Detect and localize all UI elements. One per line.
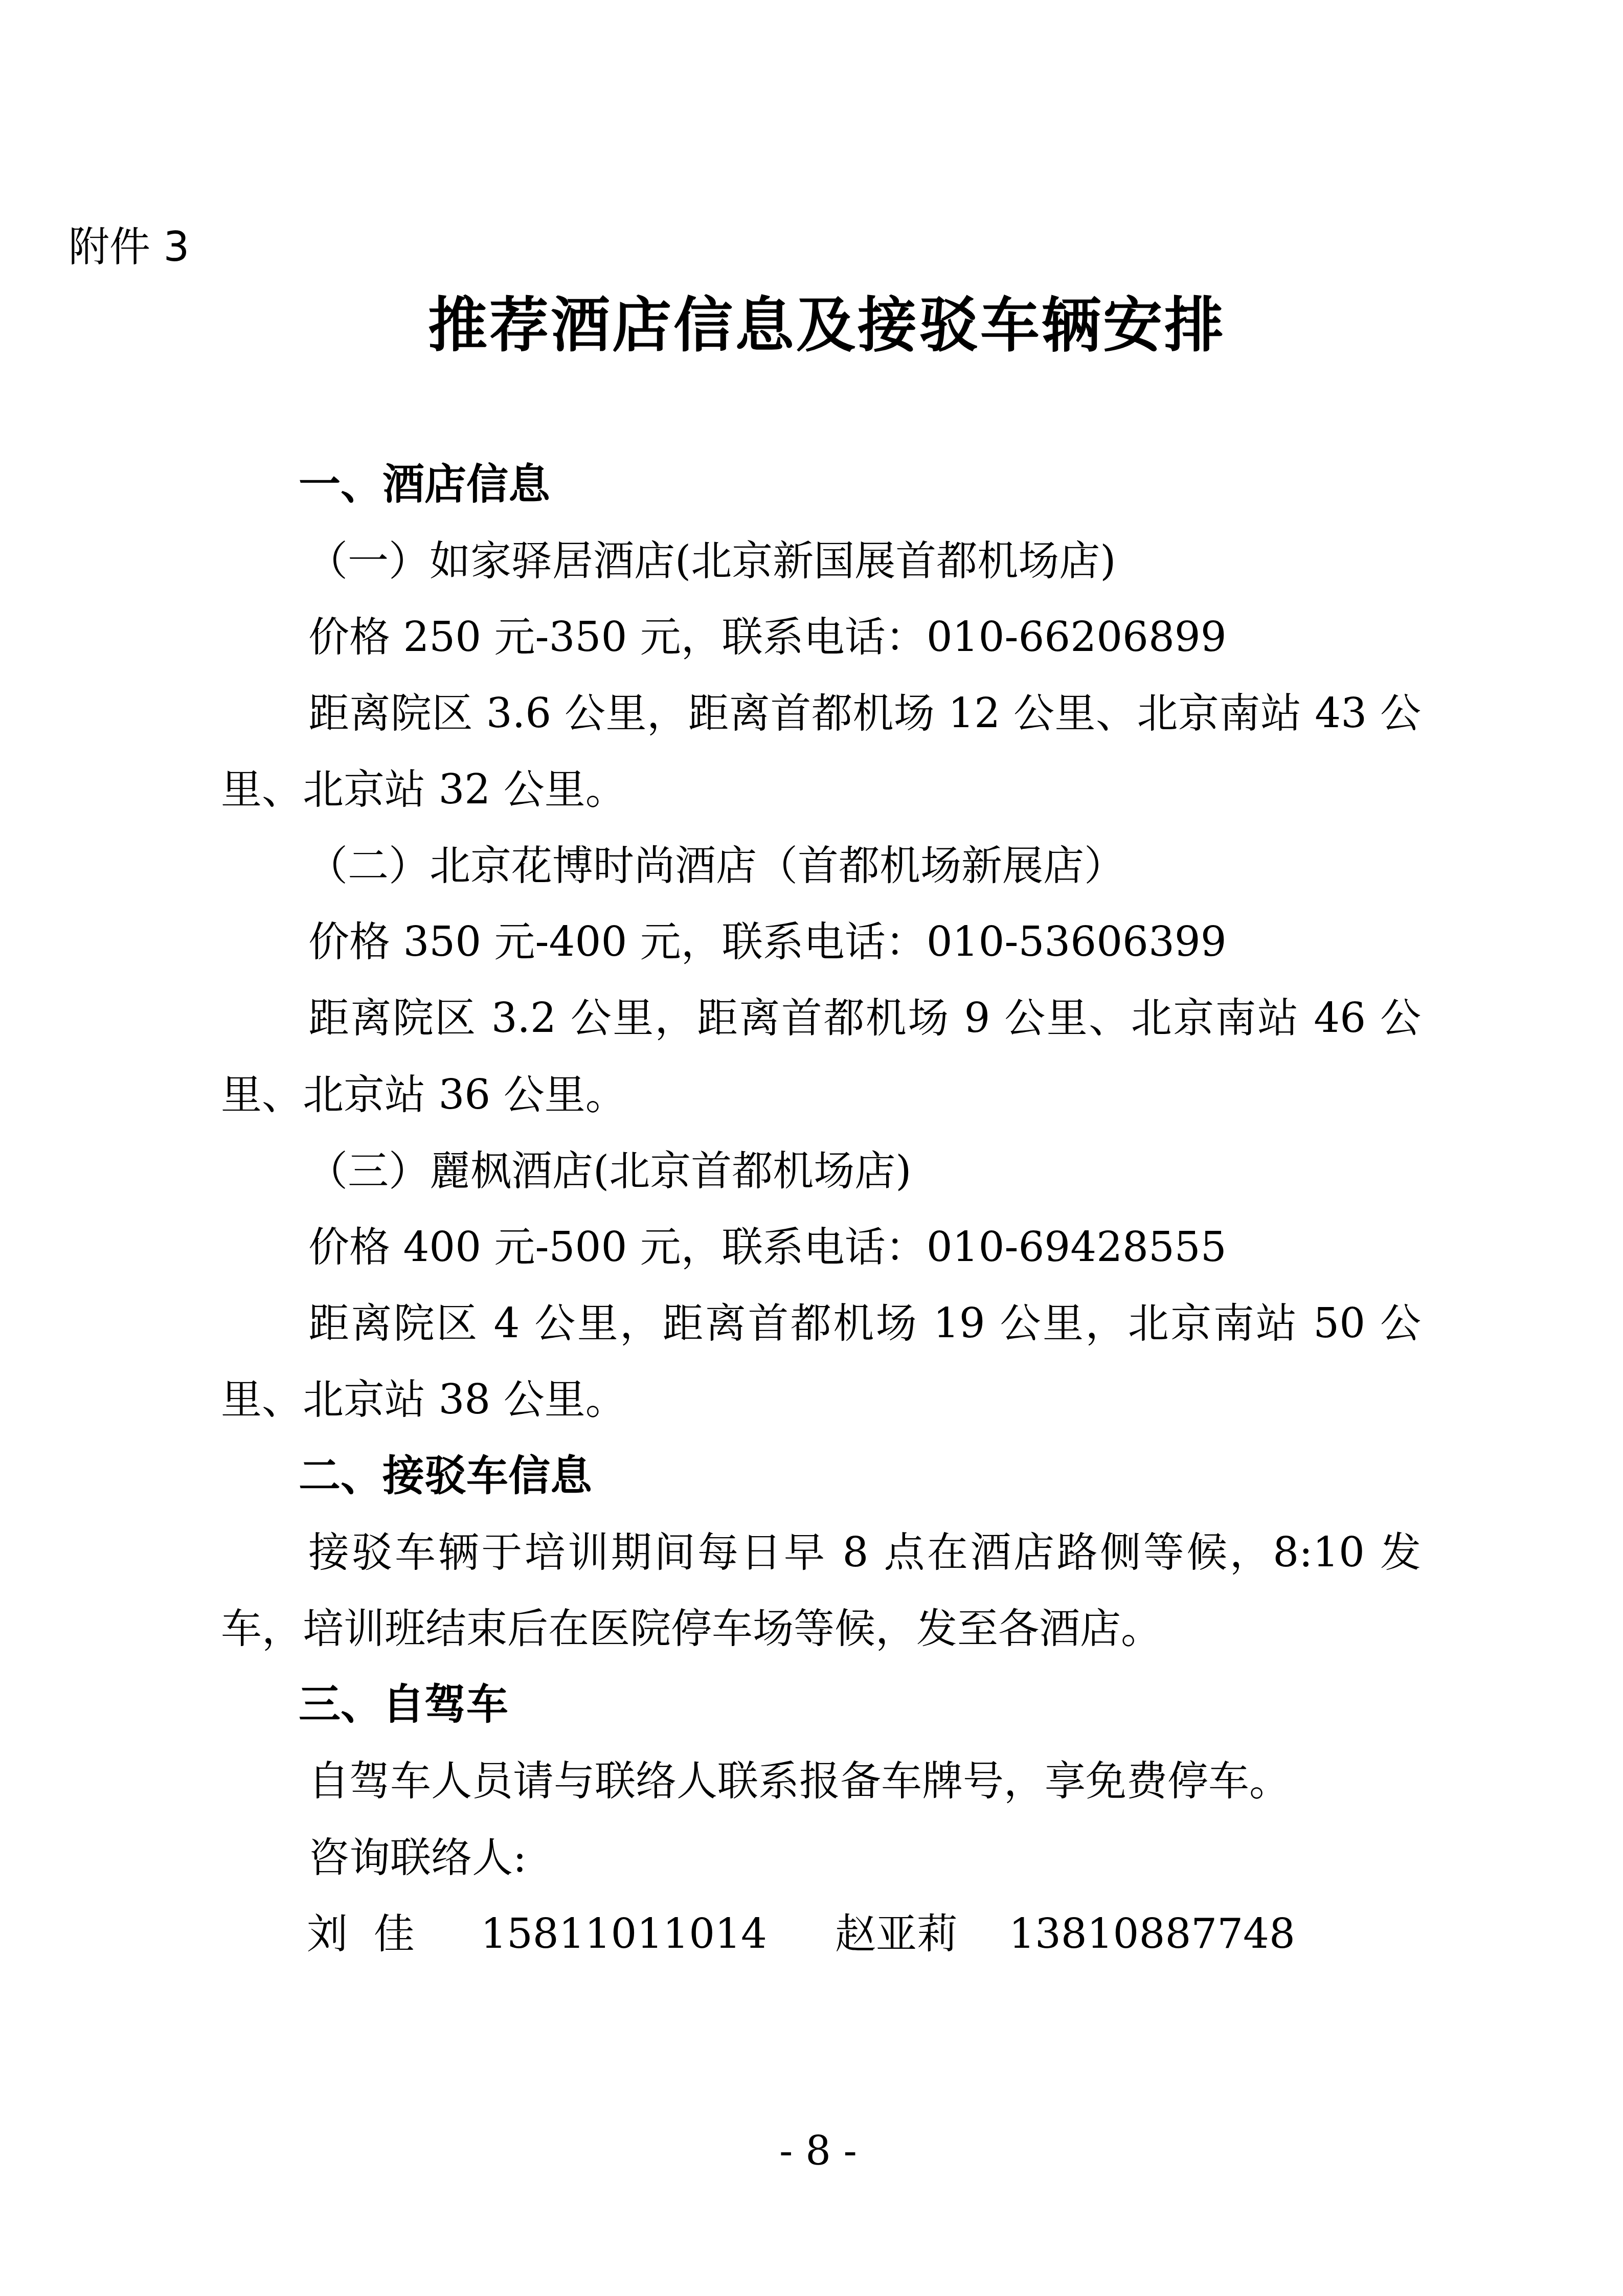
hotel-price-contact-3: 价格 400 元-500 元，联系电话：010-69428555 <box>308 1225 1227 1269</box>
section-heading-shuttle: 二、接驳车信息 <box>299 1454 592 1498</box>
page-number: - 8 - <box>767 2130 869 2173</box>
shuttle-text-line2: 车，培训班结束后在医院停车场等候，发至各酒店。 <box>221 1607 1162 1650</box>
attachment-label: 附件 3 <box>69 225 189 268</box>
hotel-distance-line1-1: 距离院区 3.6 公里，距离首都机场 12 公里、北京南站 43 公 <box>308 691 1421 735</box>
contact-phone-2: 13810887748 <box>1009 1912 1295 1955</box>
self-drive-text: 自驾车人员请与联络人联系报备车牌号，享免费停车。 <box>308 1759 1290 1803</box>
hotel-name-3: （三）麗枫酒店(北京首都机场店) <box>307 1149 911 1192</box>
hotel-distance-line1-3: 距离院区 4 公里，距离首都机场 19 公里，北京南站 50 公 <box>308 1301 1421 1345</box>
shuttle-text-line1: 接驳车辆于培训期间每日早 8 点在酒店路侧等候，8:10 发 <box>308 1530 1421 1574</box>
hotel-distance-line2-2: 里、北京站 36 公里。 <box>221 1073 626 1116</box>
hotel-distance-line2-3: 里、北京站 38 公里。 <box>221 1378 626 1421</box>
hotel-name-1: （一）如家驿居酒店(北京新国展首都机场店) <box>307 539 1116 582</box>
hotel-distance-line2-1: 里、北京站 32 公里。 <box>221 768 626 811</box>
contact-phone-1: 15811011014 <box>481 1912 767 1955</box>
hotel-distance-line1-2: 距离院区 3.2 公里，距离首都机场 9 公里、北京南站 46 公 <box>308 996 1421 1040</box>
hotel-price-contact-2: 价格 350 元-400 元，联系电话：010-53606399 <box>308 920 1227 963</box>
section-heading-hotels: 一、酒店信息 <box>299 463 550 506</box>
hotel-name-2: （二）北京花博时尚酒店（首都机场新展店） <box>307 844 1125 887</box>
contacts-label: 咨询联络人: <box>308 1836 527 1879</box>
hotel-price-contact-1: 价格 250 元-350 元，联系电话：010-66206899 <box>308 615 1227 659</box>
document-page: 附件 3 推荐酒店信息及接驳车辆安排 一、酒店信息 （一）如家驿居酒店(北京新国… <box>0 0 1623 2296</box>
contact-name-2: 赵亚莉 <box>835 1912 958 1955</box>
section-heading-self-drive: 三、自驾车 <box>299 1683 508 1726</box>
contact-name-1: 刘 佳 <box>307 1912 415 1955</box>
page-title: 推荐酒店信息及接驳车辆安排 <box>428 294 1226 357</box>
